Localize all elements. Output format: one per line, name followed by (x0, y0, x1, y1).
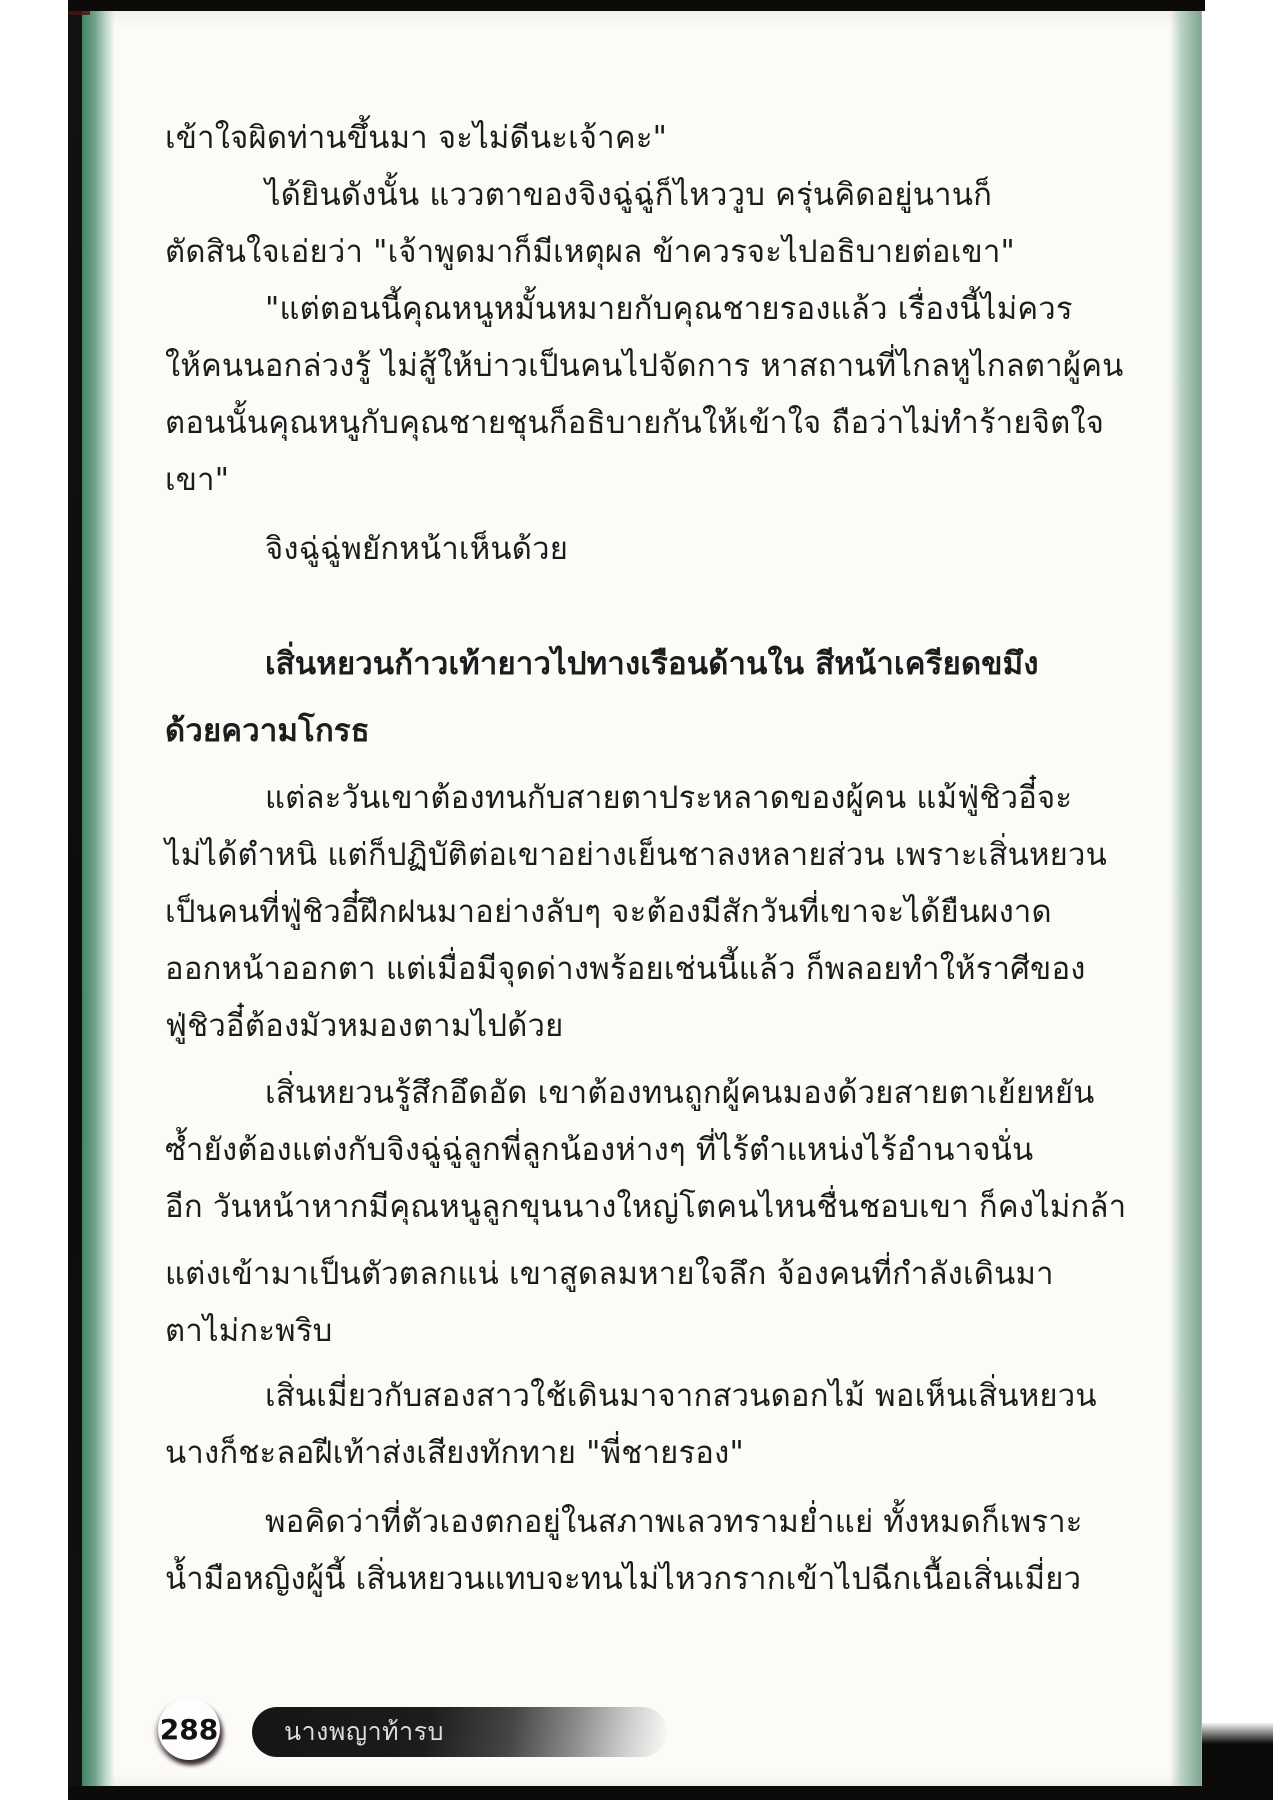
spine-shadow-left (68, 0, 82, 1800)
text-line: ได้ยินดังนั้น แววตาของจิงฉู่ฉู่ก็ไหววูบ … (165, 167, 1155, 224)
text-line: เสิ่นหยวนก้าวเท้ายาวไปทางเรือนด้านใน สีห… (165, 636, 1155, 693)
scanned-book-photo: { "document": { "type": "scanned-book-pa… (0, 0, 1273, 1800)
scan-border-bottom (68, 1786, 1273, 1800)
page-number-badge: 288 (158, 1698, 220, 1760)
book-title-label: นางพญาท้ารบ (284, 1712, 444, 1752)
page-number: 288 (160, 1713, 218, 1746)
text-line: นางก็ชะลอฝีเท้าส่งเสียงทักทาย "พี่ชายรอง… (165, 1425, 1155, 1482)
text-line: เป็นคนที่ฟู่ชิวอี๋ฝึกฝนมาอย่างลับๆ จะต้อ… (165, 884, 1155, 941)
text-line: ให้คนนอกล่วงรู้ ไม่สู้ให้บ่าวเป็นคนไปจัด… (165, 338, 1155, 395)
text-line: ด้วยความโกรธ (165, 703, 1155, 760)
text-line: ไม่ได้ตำหนิ แต่ก็ปฏิบัติต่อเขาอย่างเย็นช… (165, 827, 1155, 884)
text-line: เสิ่นเมี่ยวกับสองสาวใช้เดินมาจากสวนดอกไม… (165, 1368, 1155, 1425)
scan-border-top (68, 0, 1205, 11)
text-line: "แต่ตอนนี้คุณหนูหมั้นหมายกับคุณชายรองแล้… (165, 281, 1155, 338)
text-line: พอคิดว่าที่ตัวเองตกอยู่ในสภาพเลวทรามย่ำแ… (165, 1494, 1155, 1551)
page-edge-green-right (1170, 0, 1202, 1786)
text-line: อีก วันหน้าหากมีคุณหนูลูกขุนนางใหญ่โตคนไ… (165, 1179, 1155, 1236)
text-line: ตาไม่กะพริบ (165, 1303, 1155, 1360)
text-line: เสิ่นหยวนรู้สึกอึดอัด เขาต้องทนถูกผู้คนม… (165, 1065, 1155, 1122)
page-text-block: เข้าใจผิดท่านขึ้นมา จะไม่ดีนะเจ้าคะ" ได้… (165, 110, 1155, 1608)
text-line: ซ้ำยังต้องแต่งกับจิงฉู่ฉู่ลูกพี่ลูกน้องห… (165, 1122, 1155, 1179)
text-line: จิงฉู่ฉู่พยักหน้าเห็นด้วย (165, 521, 1155, 578)
text-line: ออกหน้าออกตา แต่เมื่อมีจุดด่างพร้อยเช่นน… (165, 941, 1155, 998)
text-line: แต่งเข้ามาเป็นตัวตลกแน่ เขาสูดลมหายใจลึก… (165, 1246, 1155, 1303)
text-line: ตัดสินใจเอ่ยว่า "เจ้าพูดมาก็มีเหตุผล ข้า… (165, 224, 1155, 281)
text-line: เขา" (165, 452, 1155, 509)
footer-banner: นางพญาท้ารบ (252, 1707, 667, 1757)
text-line: เข้าใจผิดท่านขึ้นมา จะไม่ดีนะเจ้าคะ" (165, 110, 1155, 167)
text-line: แต่ละวันเขาต้องทนกับสายตาประหลาดของผู้คน… (165, 770, 1155, 827)
text-line: ตอนนั้นคุณหนูกับคุณชายชุนก็อธิบายกันให้เ… (165, 395, 1155, 452)
text-line: ฟู่ชิวอี๋ต้องมัวหมองตามไปด้วย (165, 998, 1155, 1055)
text-line: น้ำมือหญิงผู้นี้ เสิ่นหยวนแทบจะทนไม่ไหวก… (165, 1551, 1155, 1608)
page-edge-green-left (81, 0, 115, 1800)
